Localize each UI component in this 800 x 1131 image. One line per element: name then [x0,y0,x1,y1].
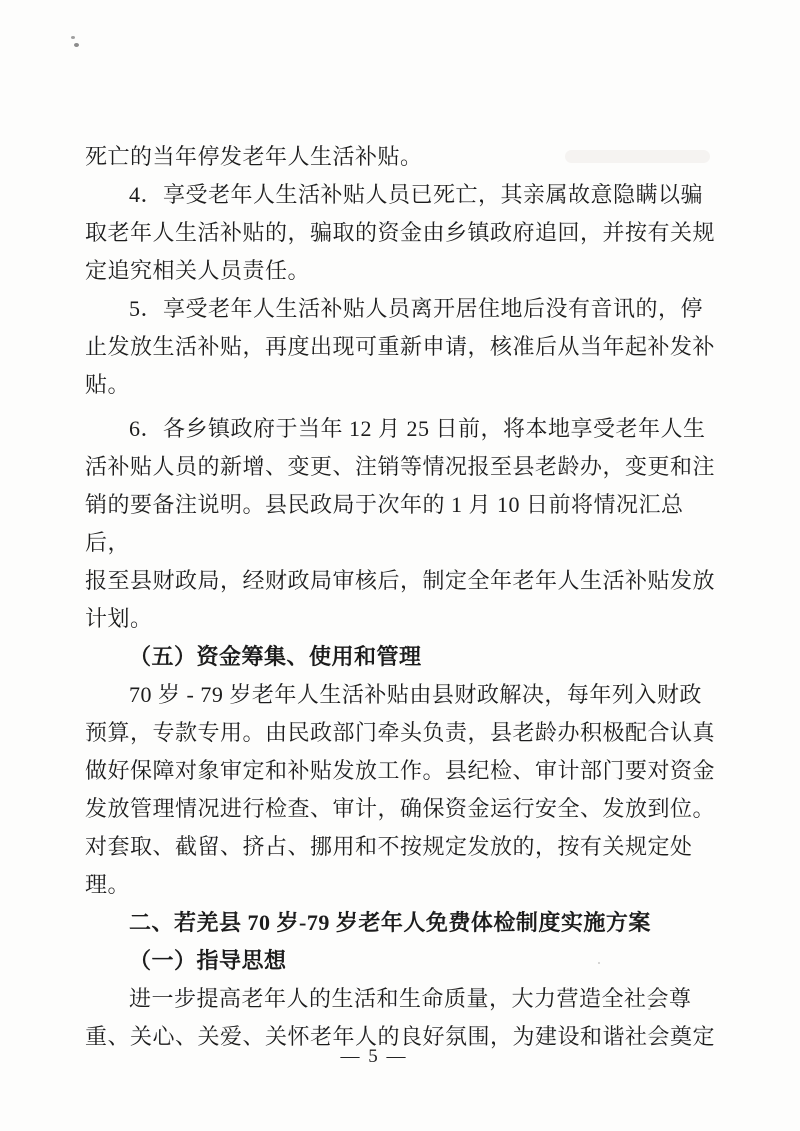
paragraph-item-4: 4．享受老年人生活补贴人员已死亡，其亲属故意隐瞒以骗 取老年人生活补贴的，骗取的… [85,176,727,290]
page-number: — 5 — [0,1046,774,1068]
heading-funds-management: （五）资金筹集、使用和管理 [85,638,727,676]
paragraph-guiding-body: 进一步提高老年人的生活和生命质量，大力营造全社会尊 重、关心、关爱、关怀老年人的… [85,980,727,1056]
scan-speck [74,43,79,47]
document-text-block: 死亡的当年停发老年人生活补贴。 4．享受老年人生活补贴人员已死亡，其亲属故意隐瞒… [85,138,727,1056]
scan-speck [71,36,75,39]
heading-section-two: 二、若羌县 70 岁-79 岁老年人免费体检制度实施方案 [85,904,727,942]
paragraph-funds-body: 70 岁 - 79 岁老年人生活补贴由县财政解决，每年列入财政 预算，专款专用。… [85,676,727,904]
document-page: 死亡的当年停发老年人生活补贴。 4．享受老年人生活补贴人员已死亡，其亲属故意隐瞒… [0,0,800,1131]
paragraph-item-5: 5．享受老年人生活补贴人员离开居住地后没有音讯的，停 止发放生活补贴，再度出现可… [85,290,727,404]
heading-guiding-ideology: （一）指导思想 [85,942,727,980]
paragraph-continuation: 死亡的当年停发老年人生活补贴。 [85,138,727,176]
paragraph-item-6: 6．各乡镇政府于当年 12 月 25 日前，将本地享受老年人生 活补贴人员的新增… [85,410,727,638]
